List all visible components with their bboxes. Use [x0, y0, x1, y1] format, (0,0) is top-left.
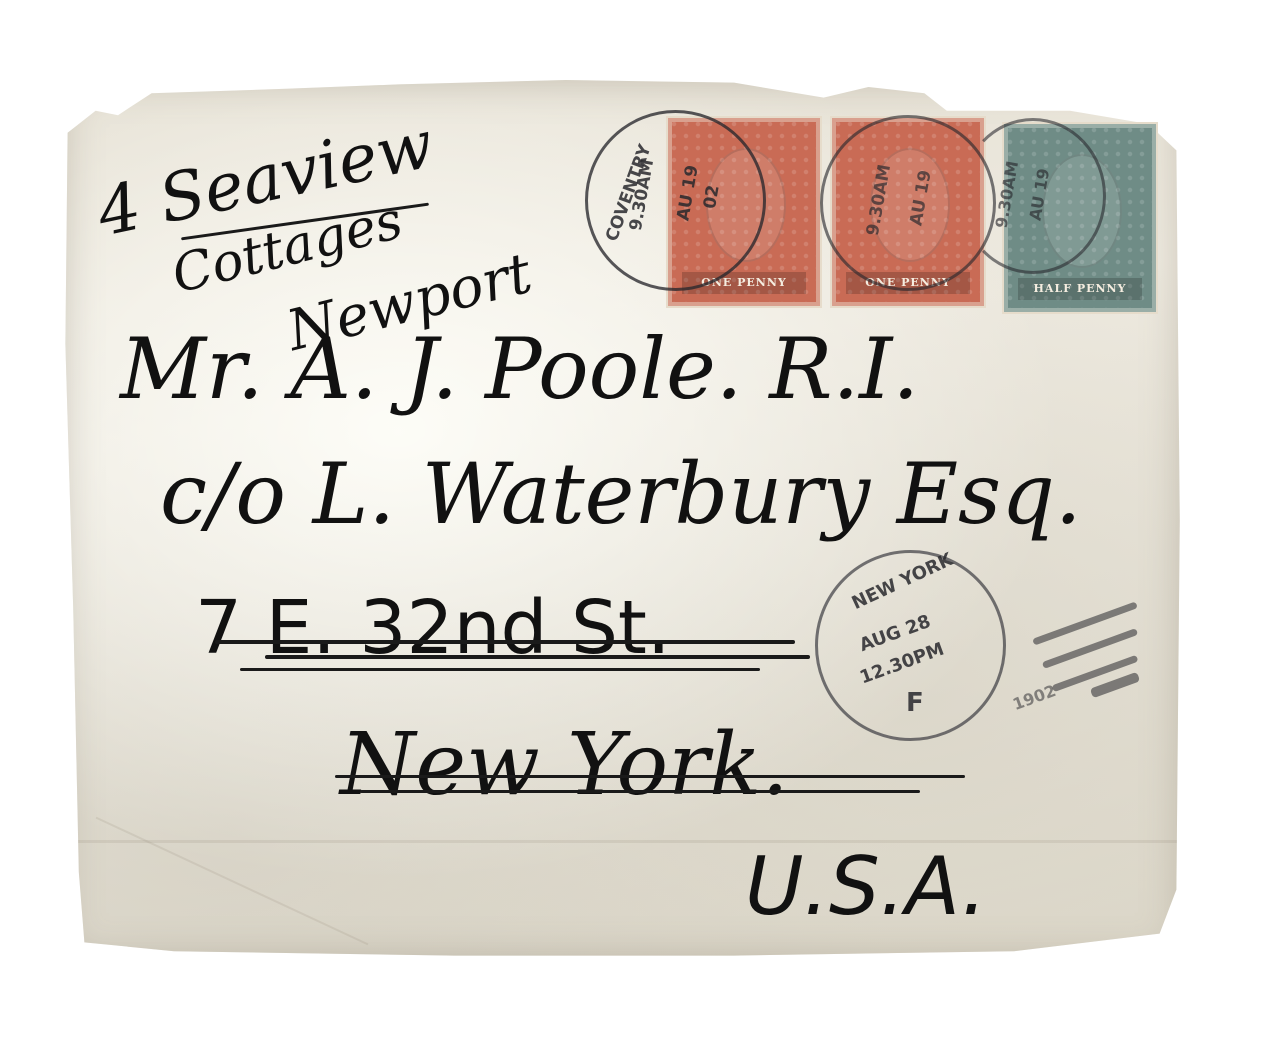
postmark-coventry: 9.30AM AU 19 — [960, 118, 1106, 274]
postmark-new-york: NEW YORK AUG 28 12.30PM F — [815, 550, 1006, 741]
address-line2: c/o L. Waterbury Esq. — [160, 445, 1082, 543]
postmark-time: 9.30AM — [863, 163, 895, 237]
postmark-time: 9.30AM — [992, 159, 1022, 229]
strikethrough-line — [360, 790, 920, 793]
postmark-date: AU 19 — [1025, 167, 1053, 222]
paper-crease — [96, 817, 369, 946]
postmark-year: 02 — [700, 184, 724, 211]
postmark-date: AU 19 — [673, 164, 702, 223]
paper-crease — [62, 840, 1182, 843]
postmark-coventry: COVENTRY 9.30AM AU 19 02 — [585, 110, 766, 291]
address-line1: Mr. A. J. Poole. R.I. — [120, 320, 919, 418]
postmark-code: F — [906, 688, 924, 718]
strikethrough-line — [240, 668, 760, 671]
address-line4-struck: New York. — [340, 715, 789, 815]
strikethrough-line — [215, 640, 795, 644]
strikethrough-line — [335, 775, 965, 778]
stamp-value-label: HALF PENNY — [1018, 278, 1142, 300]
strikethrough-line — [265, 655, 810, 659]
postmark-date: AU 19 — [906, 169, 935, 228]
address-line5: U.S.A. — [745, 840, 987, 933]
